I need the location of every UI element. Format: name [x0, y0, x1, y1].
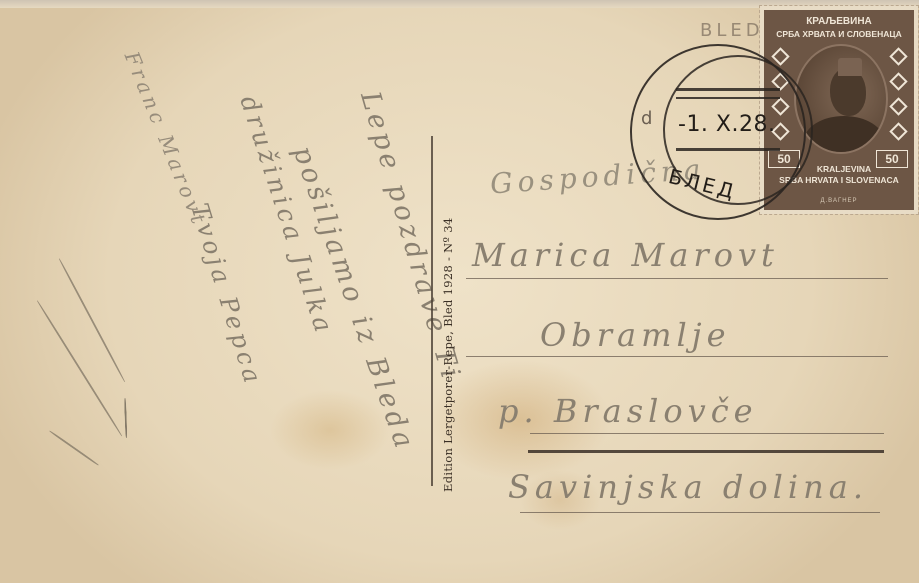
postcard-back: Lepe pozdrave Ti pošiljamo iz Bleda druž… [0, 0, 919, 583]
address-recipient-name: Marica Marovt [472, 236, 779, 274]
postmark-letter: d [641, 108, 652, 129]
stamp-cyrillic-line-1: КРАЉЕВИНА [764, 16, 914, 28]
postmark-city-latin: BLED [700, 20, 764, 41]
card-edge [0, 0, 919, 8]
stamp-ornament-right [888, 44, 908, 144]
message-line-5: Franc Marovt [120, 48, 212, 231]
message-line-4: Tvoja Pepca [185, 200, 267, 390]
signature-stroke [36, 300, 122, 437]
signature-stroke [49, 430, 99, 466]
address-post-office: p. Braslovče [498, 392, 758, 430]
center-divider [431, 136, 433, 486]
signature-stroke [124, 398, 127, 438]
stamp-top-text: КРАЉЕВИНА СРБА ХРВАТА И СЛОВЕНАЦА [764, 16, 914, 40]
address-rule-bold [528, 450, 884, 453]
stamp-cyrillic-line-2: СРБА ХРВАТА И СЛОВЕНАЦА [764, 28, 914, 40]
postmark-bar-low [676, 148, 780, 151]
address-rule-3 [530, 433, 884, 434]
address-village: Obramlje [540, 316, 731, 354]
postmark-bar-mid [676, 97, 780, 99]
address-rule-2 [466, 356, 888, 357]
postmark-date: -1. X.28. [678, 112, 775, 137]
stamp-printer-mark: Д.ВАГНЕР [764, 198, 914, 204]
address-rule-4 [520, 512, 880, 513]
address-rule-1 [466, 278, 888, 279]
publisher-imprint: Edition Lergetporer-Repe, Bled 1928 - Nº… [441, 132, 457, 492]
signature-stroke [58, 258, 125, 383]
address-region: Savinjska dolina. [508, 468, 868, 506]
postmark-bar-top [676, 88, 780, 91]
